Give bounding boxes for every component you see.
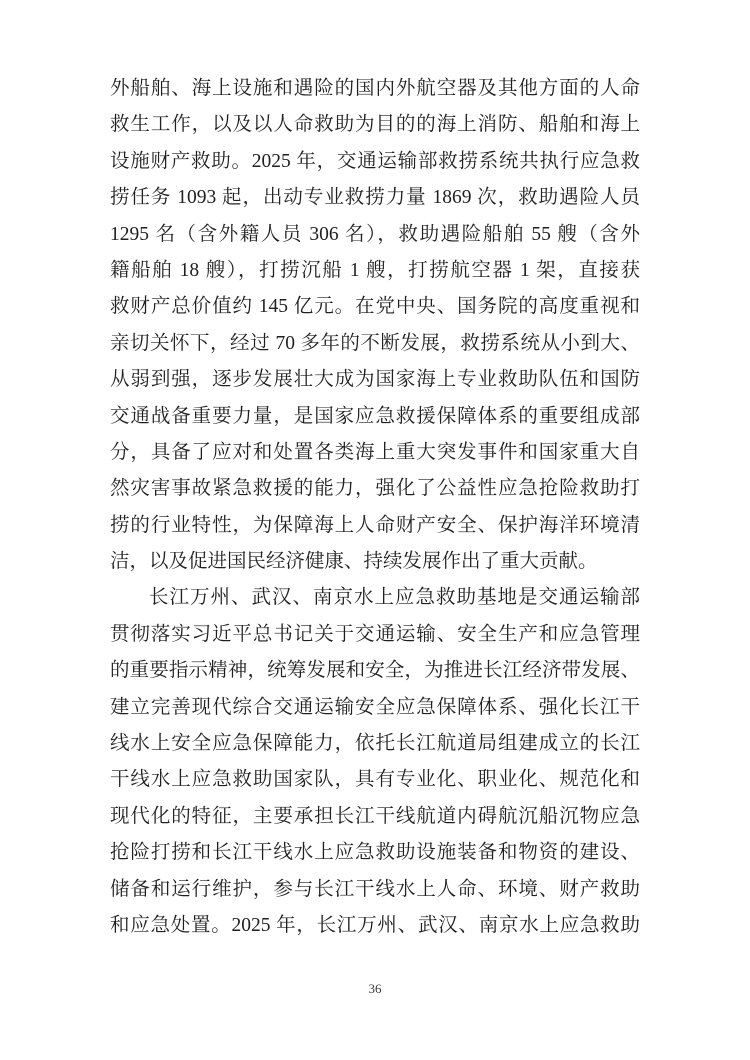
text-line: 外船舶、海上设施和遇险的国内外航空器及其他方面的人命	[110, 71, 640, 107]
text-line: 线水上安全应急保障能力，依托长江航道局组建成立的长江	[110, 726, 640, 762]
text-line: 设施财产救助。2025 年，交通运输部救捞系统共执行应急救	[110, 144, 640, 180]
text-line: 长江万州、武汉、南京水上应急救助基地是交通运输部	[110, 580, 640, 616]
text-line: 捞的行业特性，为保障海上人命财产安全、保护海洋环境清	[110, 508, 640, 544]
text-line: 捞任务 1093 起，出动专业救捞力量 1869 次，救助遇险人员	[110, 180, 640, 216]
paragraph: 长江万州、武汉、南京水上应急救助基地是交通运输部贯彻落实习近平总书记关于交通运输…	[110, 580, 640, 944]
text-line: 抢险打捞和长江干线水上应急救助设施装备和物资的建设、	[110, 835, 640, 871]
text-line: 储备和运行维护，参与长江干线水上人命、环境、财产救助	[110, 872, 640, 908]
document-page: 外船舶、海上设施和遇险的国内外航空器及其他方面的人命救生工作，以及以人命救助为目…	[0, 0, 750, 1060]
text-line: 从弱到强，逐步发展壮大成为国家海上专业救助队伍和国防	[110, 362, 640, 398]
text-line: 的重要指示精神，统筹发展和安全，为推进长江经济带发展、	[110, 653, 640, 689]
text-line: 贯彻落实习近平总书记关于交通运输、安全生产和应急管理	[110, 617, 640, 653]
text-line: 干线水上应急救助国家队，具有专业化、职业化、规范化和	[110, 762, 640, 798]
text-line: 救财产总价值约 145 亿元。在党中央、国务院的高度重视和	[110, 289, 640, 325]
text-line: 救生工作，以及以人命救助为目的的海上消防、船舶和海上	[110, 107, 640, 143]
text-line: 亲切关怀下，经过 70 多年的不断发展，救捞系统从小到大、	[110, 326, 640, 362]
paragraph: 外船舶、海上设施和遇险的国内外航空器及其他方面的人命救生工作，以及以人命救助为目…	[110, 71, 640, 580]
text-line: 分，具备了应对和处置各类海上重大突发事件和国家重大自	[110, 435, 640, 471]
page-number: 36	[0, 981, 750, 997]
text-line: 现代化的特征，主要承担长江干线航道内碍航沉船沉物应急	[110, 799, 640, 835]
text-line: 洁，以及促进国民经济健康、持续发展作出了重大贡献。	[110, 544, 640, 580]
text-line: 和应急处置。2025 年，长江万州、武汉、南京水上应急救助	[110, 908, 640, 944]
text-line: 交通战备重要力量，是国家应急救援保障体系的重要组成部	[110, 399, 640, 435]
text-line: 然灾害事故紧急救援的能力，强化了公益性应急抢险救助打	[110, 471, 640, 507]
text-line: 籍船舶 18 艘），打捞沉船 1 艘，打捞航空器 1 架，直接获	[110, 253, 640, 289]
text-line: 1295 名（含外籍人员 306 名），救助遇险船舶 55 艘（含外	[110, 217, 640, 253]
body-text: 外船舶、海上设施和遇险的国内外航空器及其他方面的人命救生工作，以及以人命救助为目…	[110, 71, 640, 944]
text-line: 建立完善现代综合交通运输安全应急保障体系、强化长江干	[110, 690, 640, 726]
